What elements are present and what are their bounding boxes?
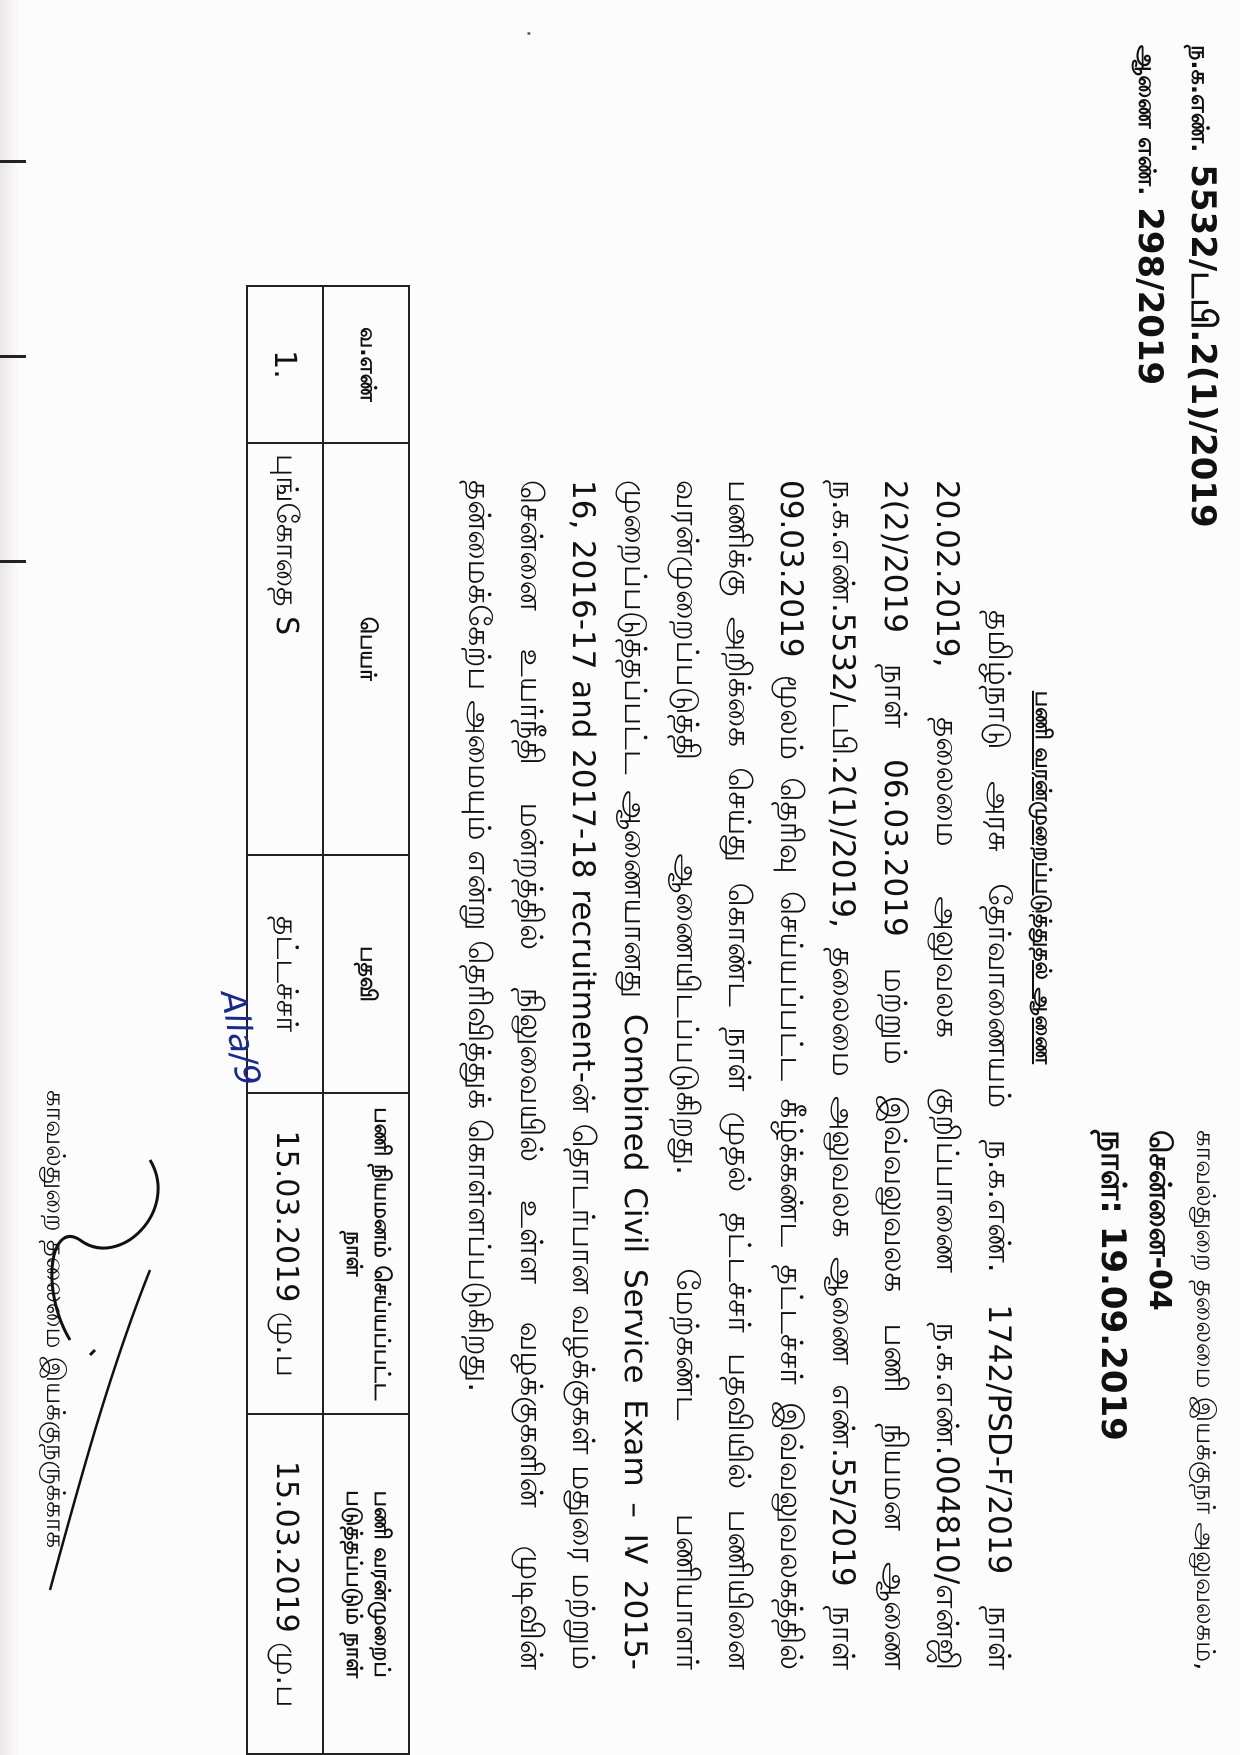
regularisation-table: வ.எண் பெயர் பதவி பணி நியமனம் செய்யப்பட்ட… bbox=[246, 285, 410, 1755]
ref-label: ந.க.எண். bbox=[1186, 45, 1214, 152]
header-regularisation-date: பணி வரன்முறைப் படுத்தப்படும் நாள் bbox=[323, 1414, 409, 1754]
header-name: பெயர் bbox=[323, 443, 409, 855]
document-title: பணி வரன்முறைப்படுத்துதல் ஆணை bbox=[1027, 0, 1055, 1755]
signatory-designation: காவல்துறை தலைமை இயக்குநருக்காக bbox=[37, 1090, 70, 1548]
order-paragraph: தமிழ்நாடு அரசு தேர்வாணையம் ந.க.எண். 1742… bbox=[453, 480, 1025, 1670]
reference-block: ந.க.எண். 5532/டபி.2(1)/2019 ஆணை எண். 298… bbox=[1122, 45, 1228, 528]
order-label: ஆணை எண். bbox=[1133, 45, 1161, 195]
office-name: காவல்துறை தலைமை இயக்குநர் அலுவலகம், bbox=[1182, 1130, 1228, 1670]
header-post: பதவி bbox=[323, 855, 409, 1093]
document-page: ந.க.எண். 5532/டபி.2(1)/2019 ஆணை எண். 298… bbox=[0, 0, 1240, 1755]
office-city: சென்னை-04 bbox=[1136, 1130, 1182, 1670]
header-serial: வ.எண் bbox=[323, 286, 409, 443]
cell-serial: 1. bbox=[247, 286, 323, 443]
office-block: காவல்துறை தலைமை இயக்குநர் அலுவலகம், சென்… bbox=[1090, 1130, 1228, 1670]
cell-appointment-date: 15.03.2019 மு.ப bbox=[247, 1093, 323, 1414]
ref-number: 5532/டபி.2(1)/2019 bbox=[1183, 164, 1223, 527]
cell-regularisation-date: 15.03.2019 மு.ப bbox=[247, 1414, 323, 1754]
order-number-line: ஆணை எண். 298/2019 bbox=[1122, 45, 1175, 528]
header-appointment-date: பணி நியமனம் செய்யப்பட்ட நாள் bbox=[323, 1093, 409, 1414]
reference-number-line: ந.க.எண். 5532/டபி.2(1)/2019 bbox=[1175, 45, 1228, 528]
scan-dot: · bbox=[615, 1545, 640, 1552]
date-label: நாள்: bbox=[1093, 1130, 1133, 1214]
table-header-row: வ.எண் பெயர் பதவி பணி நியமனம் செய்யப்பட்ட… bbox=[323, 286, 409, 1754]
order-number: 298/2019 bbox=[1130, 207, 1170, 385]
order-date: நாள்: 19.09.2019 bbox=[1090, 1130, 1136, 1670]
cell-name: புங்கோதை S bbox=[247, 443, 323, 855]
table-row: 1. புங்கோதை S தட்டச்சர் 15.03.2019 மு.ப … bbox=[247, 286, 323, 1754]
date-value: 19.09.2019 bbox=[1093, 1226, 1133, 1441]
scan-dot: · bbox=[515, 30, 540, 37]
